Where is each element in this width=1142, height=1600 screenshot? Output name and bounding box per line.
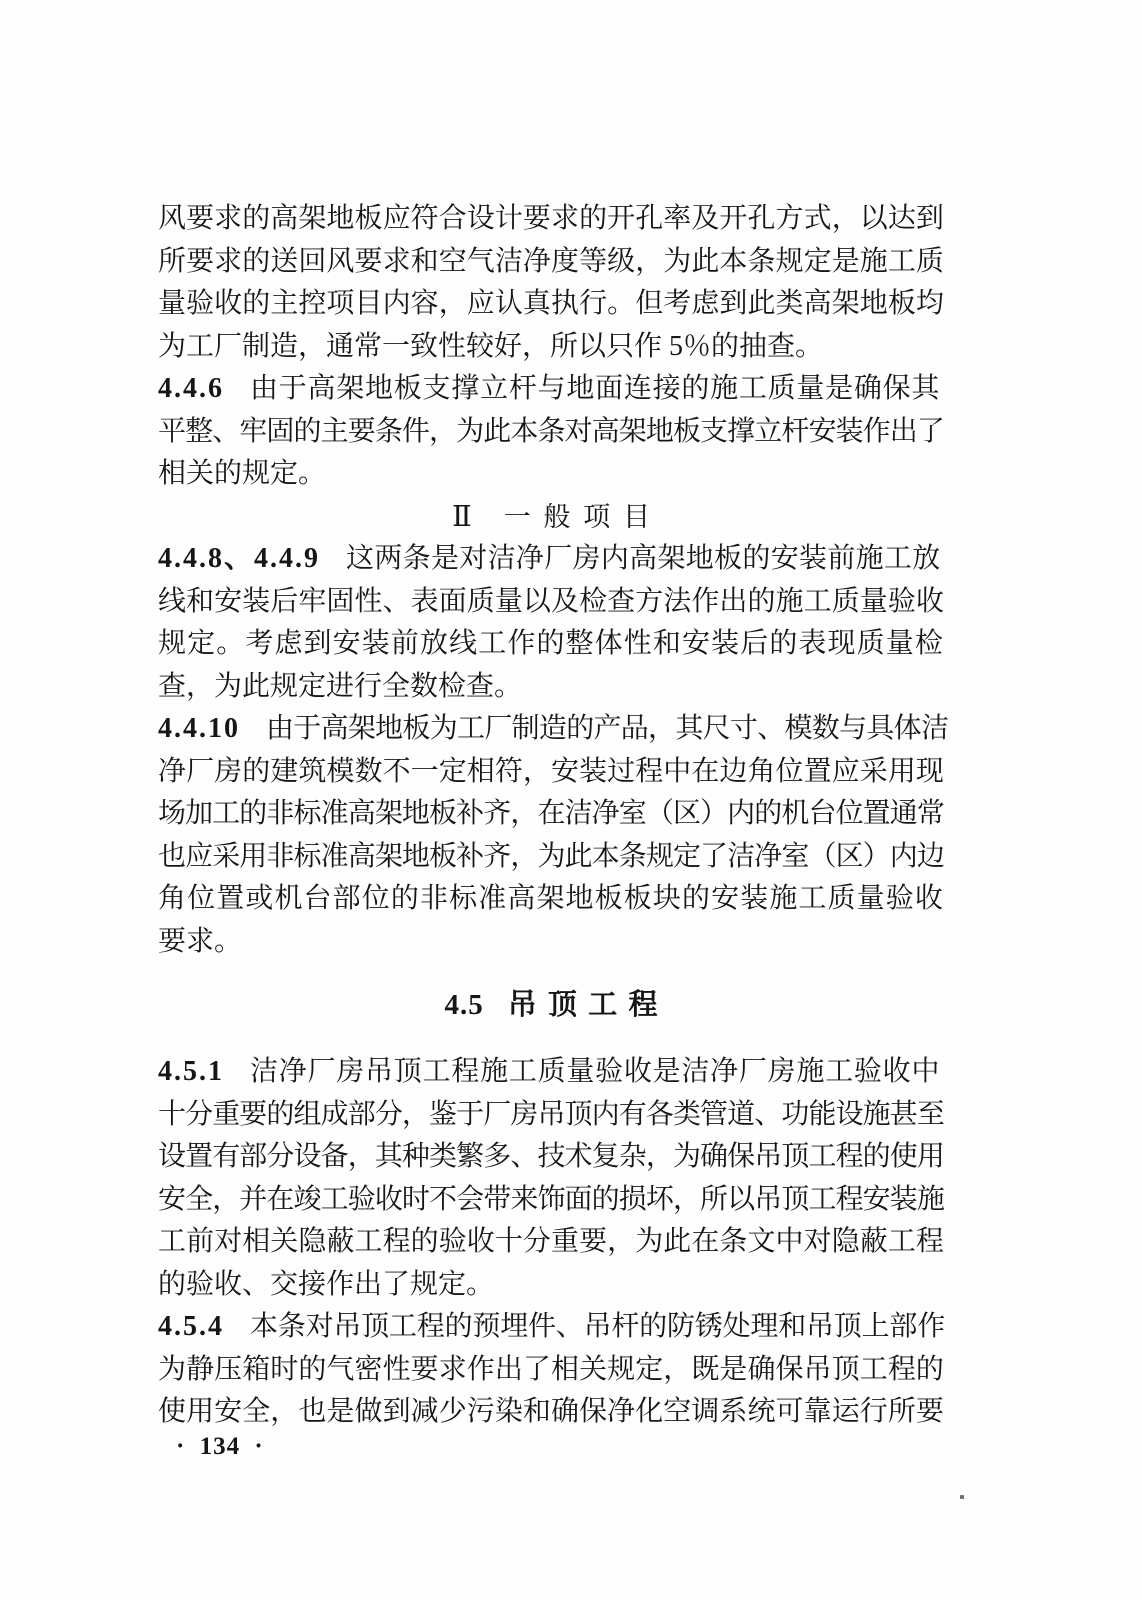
clause-number: 4.4.10	[158, 713, 240, 744]
section-number: 4.5	[444, 989, 483, 1021]
text-line: 十分重要的组成部分，鉴于厂房吊顶内有各类管道、功能设施甚至	[158, 1094, 944, 1137]
subsection-title: 一 般 项 目	[504, 502, 650, 532]
text-line: 4.5.1洁净厂房吊顶工程施工质量验收是洁净厂房施工验收中	[158, 1051, 944, 1094]
text-line: 的验收、交接作出了规定。	[158, 1264, 944, 1307]
text-line: 风要求的高架地板应符合设计要求的开孔率及开孔方式，以达到	[158, 198, 944, 241]
text-line: 4.4.8、4.4.9这两条是对洁净厂房内高架地板的安装前施工放	[158, 538, 944, 581]
text-line: 也应采用非标准高架地板补齐，为此本条规定了洁净室（区）内边	[158, 836, 944, 879]
text-line: 线和安装后牢固性、表面质量以及检查方法作出的施工质量验收	[158, 581, 944, 624]
document-page: 风要求的高架地板应符合设计要求的开孔率及开孔方式，以达到所要求的送回风要求和空气…	[0, 0, 1142, 1600]
text-line: 为静压箱时的气密性要求作出了相关规定，既是确保吊顶工程的	[158, 1349, 944, 1392]
section-title: 吊 顶 工 程	[508, 989, 658, 1021]
text-line: 4.5.4本条对吊顶工程的预埋件、吊杆的防锈处理和吊顶上部作	[158, 1306, 944, 1349]
text-line: 查，为此规定进行全数检查。	[158, 666, 944, 709]
page-content: 风要求的高架地板应符合设计要求的开孔率及开孔方式，以达到所要求的送回风要求和空气…	[158, 198, 944, 1434]
text-line: 量验收的主控项目内容，应认真执行。但考虑到此类高架地板均	[158, 283, 944, 326]
page-number: · 134 ·	[176, 1433, 264, 1461]
text-line: 平整、牢固的主要条件，为此本条对高架地板支撑立杆安装作出了	[158, 411, 944, 454]
clause-number: 4.5.1	[158, 1056, 224, 1087]
section-heading: 4.5吊 顶 工 程	[158, 981, 944, 1029]
text-line: 净厂房的建筑模数不一定相符，安装过程中在边角位置应采用现	[158, 751, 944, 794]
paragraph: 4.4.6由于高架地板支撑立杆与地面连接的施工质量是确保其平整、牢固的主要条件，…	[158, 368, 944, 496]
clause-number: 4.4.8、4.4.9	[158, 543, 320, 574]
paragraph: 4.5.4本条对吊顶工程的预埋件、吊杆的防锈处理和吊顶上部作为静压箱时的气密性要…	[158, 1306, 944, 1434]
clause-number: 4.5.4	[158, 1311, 224, 1342]
text-line: 要求。	[158, 921, 944, 964]
text-line: 4.4.10由于高架地板为工厂制造的产品，其尺寸、模数与具体洁	[158, 708, 944, 751]
text-line: 角位置或机台部位的非标准高架地板板块的安装施工质量验收	[158, 878, 944, 921]
text-line: 相关的规定。	[158, 453, 944, 496]
text-line: 4.4.6由于高架地板支撑立杆与地面连接的施工质量是确保其	[158, 368, 944, 411]
paragraph: 4.4.10由于高架地板为工厂制造的产品，其尺寸、模数与具体洁净厂房的建筑模数不…	[158, 708, 944, 963]
text-line: 为工厂制造，通常一致性较好，所以只作 5％的抽查。	[158, 326, 944, 369]
clause-number: 4.4.6	[158, 373, 224, 404]
text-line: 场加工的非标准高架地板补齐，在洁净室（区）内的机台位置通常	[158, 793, 944, 836]
text-line: 所要求的送回风要求和空气洁净度等级，为此本条规定是施工质	[158, 241, 944, 284]
subsection-roman-numeral: Ⅱ	[452, 501, 472, 533]
text-line: 规定。考虑到安装前放线工作的整体性和安装后的表现质量检	[158, 623, 944, 666]
text-line: 工前对相关隐蔽工程的验收十分重要，为此在条文中对隐蔽工程	[158, 1221, 944, 1264]
paragraph: 4.4.8、4.4.9这两条是对洁净厂房内高架地板的安装前施工放线和安装后牢固性…	[158, 538, 944, 708]
paragraph: 4.5.1洁净厂房吊顶工程施工质量验收是洁净厂房施工验收中十分重要的组成部分，鉴…	[158, 1051, 944, 1306]
text-line: 使用安全，也是做到减少污染和确保净化空调系统可靠运行所要	[158, 1391, 944, 1434]
text-line: 设置有部分设备，其种类繁多、技术复杂，为确保吊顶工程的使用	[158, 1136, 944, 1179]
paragraph: 风要求的高架地板应符合设计要求的开孔率及开孔方式，以达到所要求的送回风要求和空气…	[158, 198, 944, 368]
text-line: 安全，并在竣工验收时不会带来饰面的损坏，所以吊顶工程安装施	[158, 1179, 944, 1222]
subsection-heading: Ⅱ一 般 项 目	[158, 496, 944, 539]
scan-speck	[960, 1495, 964, 1499]
